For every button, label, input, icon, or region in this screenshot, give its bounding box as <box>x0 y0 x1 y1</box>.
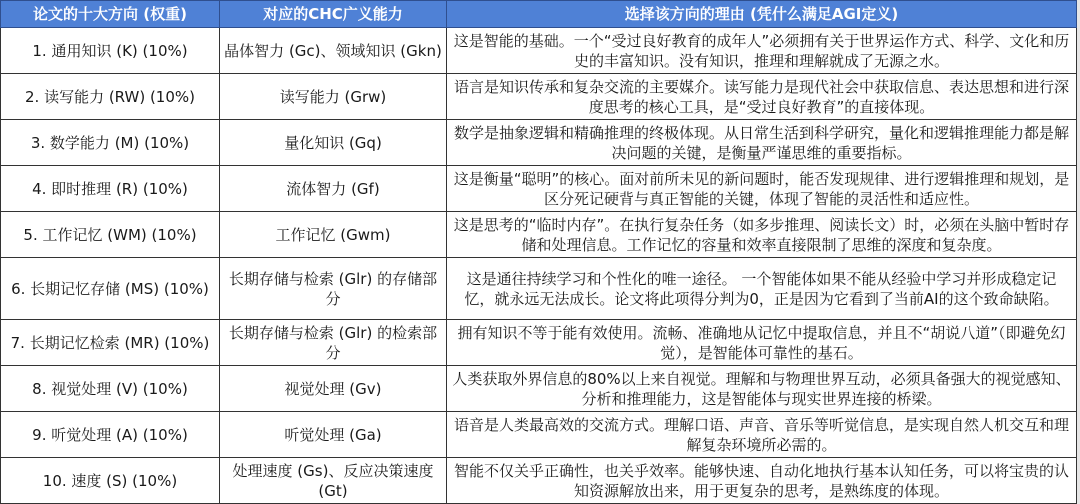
table-row: 8. 视觉处理 (V) (10%) 视觉处理 (Gv) 人类获取外界信息的80%… <box>1 366 1077 412</box>
table-row: 10. 速度 (S) (10%) 处理速度 (Gs)、反应决策速度 (Gt) 智… <box>1 458 1077 504</box>
cell-direction: 10. 速度 (S) (10%) <box>1 458 220 504</box>
cell-reason: 这是智能的基础。一个“受过良好教育的成年人”必须拥有关于世界运作方式、科学、文化… <box>447 28 1077 74</box>
table-row: 7. 长期记忆检索 (MR) (10%) 长期存储与检索 (Glr) 的检索部分… <box>1 320 1077 366</box>
table-row: 4. 即时推理 (R) (10%) 流体智力 (Gf) 这是衡量“聪明”的核心。… <box>1 166 1077 212</box>
cell-direction: 8. 视觉处理 (V) (10%) <box>1 366 220 412</box>
cell-reason: 数学是抽象逻辑和精确推理的终极体现。从日常生活到科学研究，量化和逻辑推理能力都是… <box>447 120 1077 166</box>
cell-direction: 2. 读写能力 (RW) (10%) <box>1 74 220 120</box>
cell-reason: 这是衡量“聪明”的核心。面对前所未见的新问题时，能否发现规律、进行逻辑推理和规划… <box>447 166 1077 212</box>
cell-direction: 3. 数学能力 (M) (10%) <box>1 120 220 166</box>
cell-direction: 6. 长期记忆存储 (MS) (10%) <box>1 258 220 320</box>
cell-reason: 这是通往持续学习和个性化的唯一途径。 一个智能体如果不能从经验中学习并形成稳定记… <box>447 258 1077 320</box>
cell-chc-ability: 量化知识 (Gq) <box>220 120 447 166</box>
header-direction: 论文的十大方向 (权重) <box>1 1 220 28</box>
cell-reason: 人类获取外界信息的80%以上来自视觉。理解和与物理世界互动，必须具备强大的视觉感… <box>447 366 1077 412</box>
cell-reason: 语言是知识传承和复杂交流的主要媒介。读写能力是现代社会中获取信息、表达思想和进行… <box>447 74 1077 120</box>
header-chc-ability: 对应的CHC广义能力 <box>220 1 447 28</box>
table-header-row: 论文的十大方向 (权重) 对应的CHC广义能力 选择该方向的理由 (凭什么满足A… <box>1 1 1077 28</box>
header-reason: 选择该方向的理由 (凭什么满足AGI定义) <box>447 1 1077 28</box>
table-row: 5. 工作记忆 (WM) (10%) 工作记忆 (Gwm) 这是思考的“临时内存… <box>1 212 1077 258</box>
cell-chc-ability: 晶体智力 (Gc)、领域知识 (Gkn) <box>220 28 447 74</box>
table-row: 1. 通用知识 (K) (10%) 晶体智力 (Gc)、领域知识 (Gkn) 这… <box>1 28 1077 74</box>
cell-reason: 这是思考的“临时内存”。在执行复杂任务（如多步推理、阅读长文）时，必须在头脑中暂… <box>447 212 1077 258</box>
cell-reason: 智能不仅关乎正确性，也关乎效率。能够快速、自动化地执行基本认知任务，可以将宝贵的… <box>447 458 1077 504</box>
cell-direction: 1. 通用知识 (K) (10%) <box>1 28 220 74</box>
cell-chc-ability: 读写能力 (Grw) <box>220 74 447 120</box>
cell-chc-ability: 长期存储与检索 (Glr) 的存储部分 <box>220 258 447 320</box>
cell-chc-ability: 长期存储与检索 (Glr) 的检索部分 <box>220 320 447 366</box>
table-row: 9. 听觉处理 (A) (10%) 听觉处理 (Ga) 语音是人类最高效的交流方… <box>1 412 1077 458</box>
cell-reason: 拥有知识不等于能有效使用。流畅、准确地从记忆中提取信息，并且不“胡说八道”（即避… <box>447 320 1077 366</box>
cell-chc-ability: 处理速度 (Gs)、反应决策速度 (Gt) <box>220 458 447 504</box>
cell-direction: 5. 工作记忆 (WM) (10%) <box>1 212 220 258</box>
table-row: 3. 数学能力 (M) (10%) 量化知识 (Gq) 数学是抽象逻辑和精确推理… <box>1 120 1077 166</box>
cell-reason: 语音是人类最高效的交流方式。理解口语、声音、音乐等听觉信息，是实现自然人机交互和… <box>447 412 1077 458</box>
cell-direction: 9. 听觉处理 (A) (10%) <box>1 412 220 458</box>
table-row: 6. 长期记忆存储 (MS) (10%) 长期存储与检索 (Glr) 的存储部分… <box>1 258 1077 320</box>
cell-direction: 4. 即时推理 (R) (10%) <box>1 166 220 212</box>
table-row: 2. 读写能力 (RW) (10%) 读写能力 (Grw) 语言是知识传承和复杂… <box>1 74 1077 120</box>
cell-chc-ability: 工作记忆 (Gwm) <box>220 212 447 258</box>
cell-chc-ability: 听觉处理 (Ga) <box>220 412 447 458</box>
cell-chc-ability: 流体智力 (Gf) <box>220 166 447 212</box>
agi-directions-table: 论文的十大方向 (权重) 对应的CHC广义能力 选择该方向的理由 (凭什么满足A… <box>0 0 1077 503</box>
cell-chc-ability: 视觉处理 (Gv) <box>220 366 447 412</box>
cell-direction: 7. 长期记忆检索 (MR) (10%) <box>1 320 220 366</box>
